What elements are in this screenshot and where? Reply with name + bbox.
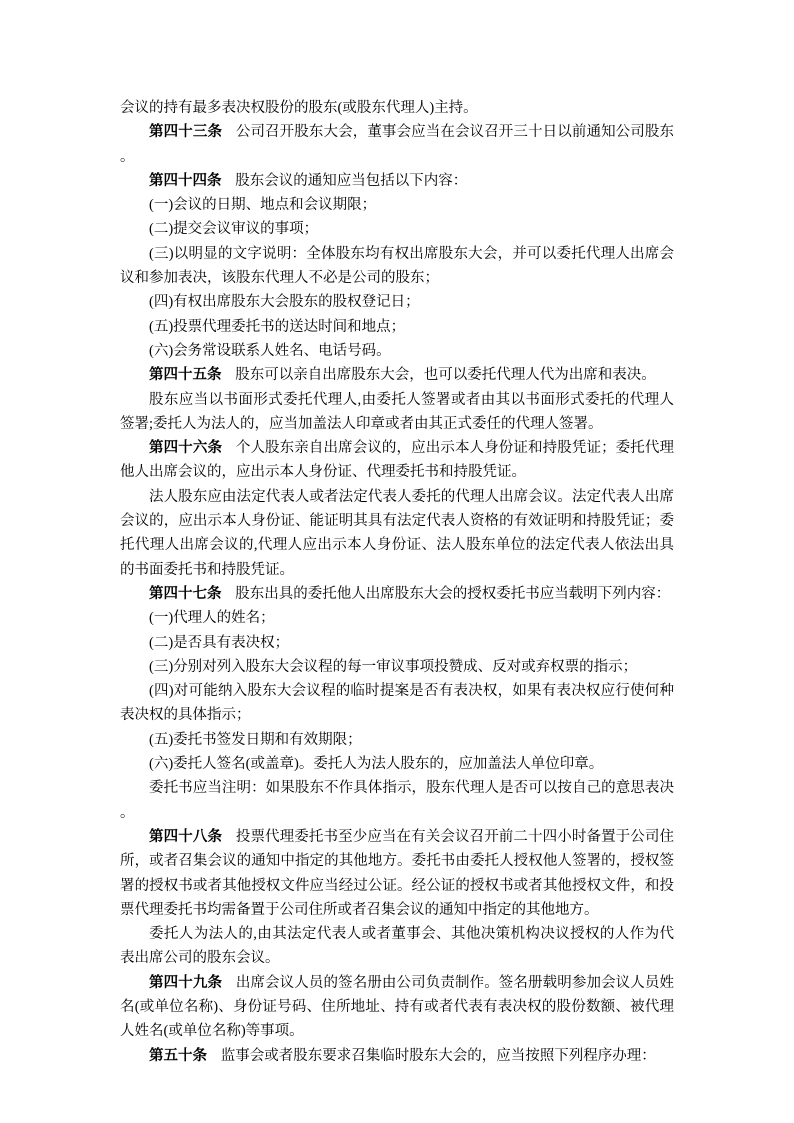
- paragraph: 委托人为法人的,由其法定代表人或者董事会、其他决策机构决议授权的人作为代表出席公…: [120, 922, 674, 971]
- paragraph-text: (二)提交会议审议的事项；: [149, 221, 318, 237]
- paragraph-text: (四)有权出席股东大会股东的股权登记日；: [149, 294, 420, 310]
- paragraph: (四)对可能纳入股东大会议程的临时提案是否有表决权，如果有表决权应行使何种表决权…: [120, 679, 674, 728]
- paragraph-text: 委托人为法人的,由其法定代表人或者董事会、其他决策机构决议授权的人作为代表出席公…: [120, 926, 674, 966]
- document-body: 会议的持有最多表决权股份的股东(或股东代理人)主持。第四十三条公司召开股东大会，…: [120, 96, 674, 1068]
- paragraph-text: (四)对可能纳入股东大会议程的临时提案是否有表决权，如果有表决权应行使何种表决权…: [120, 683, 674, 723]
- document-page: 会议的持有最多表决权股份的股东(或股东代理人)主持。第四十三条公司召开股东大会，…: [0, 0, 794, 1123]
- paragraph: (一)代理人的姓名；: [120, 606, 674, 630]
- paragraph: (三)以明显的文字说明：全体股东均有权出席股东大会，并可以委托代理人出席会议和参…: [120, 242, 674, 291]
- paragraph: (五)委托书签发日期和有效期限；: [120, 728, 674, 752]
- article-number: 第四十七条: [149, 586, 222, 602]
- paragraph: (三)分别对列入股东大会议程的每一审议事项投赞成、反对或弃权票的指示；: [120, 655, 674, 679]
- paragraph: (一)会议的日期、地点和会议期限；: [120, 193, 674, 217]
- paragraph-text: 法人股东应由法定代表人或者法定代表人委托的代理人出席会议。法定代表人出席会议的，…: [120, 489, 674, 578]
- paragraph-text: (二)是否具有表决权；: [149, 635, 289, 651]
- paragraph: 第四十六条个人股东亲自出席会议的，应出示本人身份证和持股凭证；委托代理他人出席会…: [120, 436, 674, 485]
- paragraph-text: (六)会务常设联系人姓名、电话号码。: [149, 343, 391, 359]
- paragraph-text: 股东应当以书面形式委托代理人,由委托人签署或者由其以书面形式委托的代理人签署;委…: [120, 392, 674, 432]
- paragraph: 第四十八条投票代理委托书至少应当在有关会议召开前二十四小时备置于公司住所，或者召…: [120, 825, 674, 922]
- paragraph: (六)委托人签名(或盖章)。委托人为法人股东的，应加盖法人单位印章。: [120, 752, 674, 776]
- article-number: 第四十八条: [149, 829, 222, 845]
- paragraph: 股东应当以书面形式委托代理人,由委托人签署或者由其以书面形式委托的代理人签署;委…: [120, 388, 674, 437]
- paragraph-text: (六)委托人签名(或盖章)。委托人为法人股东的，应加盖法人单位印章。: [149, 756, 603, 772]
- paragraph-text: (三)以明显的文字说明：全体股东均有权出席股东大会，并可以委托代理人出席会议和参…: [120, 246, 674, 286]
- paragraph: (五)投票代理委托书的送达时间和地点；: [120, 315, 674, 339]
- paragraph: (六)会务常设联系人姓名、电话号码。: [120, 339, 674, 363]
- paragraph: 法人股东应由法定代表人或者法定代表人委托的代理人出席会议。法定代表人出席会议的，…: [120, 485, 674, 582]
- paragraph: 第四十九条出席会议人员的签名册由公司负责制作。签名册载明参加会议人员姓名(或单位…: [120, 971, 674, 1044]
- paragraph-text: 股东会议的通知应当包括以下内容：: [235, 173, 467, 189]
- paragraph-text: 监事会或者股东要求召集临时股东大会的，应当按照下列程序办理：: [221, 1048, 656, 1064]
- article-number: 第四十六条: [149, 440, 222, 456]
- paragraph: 第四十三条公司召开股东大会，董事会应当在会议召开三十日以前通知公司股东。: [120, 120, 674, 169]
- paragraph: 第四十四条股东会议的通知应当包括以下内容：: [120, 169, 674, 193]
- article-number: 第四十三条: [149, 124, 222, 140]
- paragraph: (二)是否具有表决权；: [120, 631, 674, 655]
- article-number: 第四十九条: [149, 975, 222, 991]
- paragraph: 第四十七条股东出具的委托他人出席股东大会的授权委托书应当载明下列内容：: [120, 582, 674, 606]
- paragraph: 第五十条监事会或者股东要求召集临时股东大会的，应当按照下列程序办理：: [120, 1044, 674, 1068]
- paragraph: 委托书应当注明：如果股东不作具体指示，股东代理人是否可以按自己的意思表决。: [120, 776, 674, 825]
- paragraph-text: 股东可以亲自出席股东大会，也可以委托代理人代为出席和表决。: [235, 367, 656, 383]
- paragraph: 第四十五条股东可以亲自出席股东大会，也可以委托代理人代为出席和表决。: [120, 363, 674, 387]
- paragraph-text: (三)分别对列入股东大会议程的每一审议事项投赞成、反对或弃权票的指示；: [149, 659, 637, 675]
- article-number: 第四十五条: [149, 367, 222, 383]
- article-number: 第五十条: [149, 1048, 207, 1064]
- paragraph: (四)有权出席股东大会股东的股权登记日；: [120, 290, 674, 314]
- paragraph-text: (五)投票代理委托书的送达时间和地点；: [149, 319, 405, 335]
- paragraph: (二)提交会议审议的事项；: [120, 217, 674, 241]
- paragraph: 会议的持有最多表决权股份的股东(或股东代理人)主持。: [120, 96, 674, 120]
- paragraph-text: (五)委托书签发日期和有效期限；: [149, 732, 362, 748]
- paragraph-text: (一)会议的日期、地点和会议期限；: [149, 197, 376, 213]
- paragraph-text: (一)代理人的姓名；: [149, 610, 275, 626]
- paragraph-text: 会议的持有最多表决权股份的股东(或股东代理人)主持。: [120, 100, 478, 116]
- paragraph-text: 股东出具的委托他人出席股东大会的授权委托书应当载明下列内容：: [235, 586, 670, 602]
- article-number: 第四十四条: [149, 173, 222, 189]
- paragraph-text: 委托书应当注明：如果股东不作具体指示，股东代理人是否可以按自己的意思表决。: [120, 780, 674, 820]
